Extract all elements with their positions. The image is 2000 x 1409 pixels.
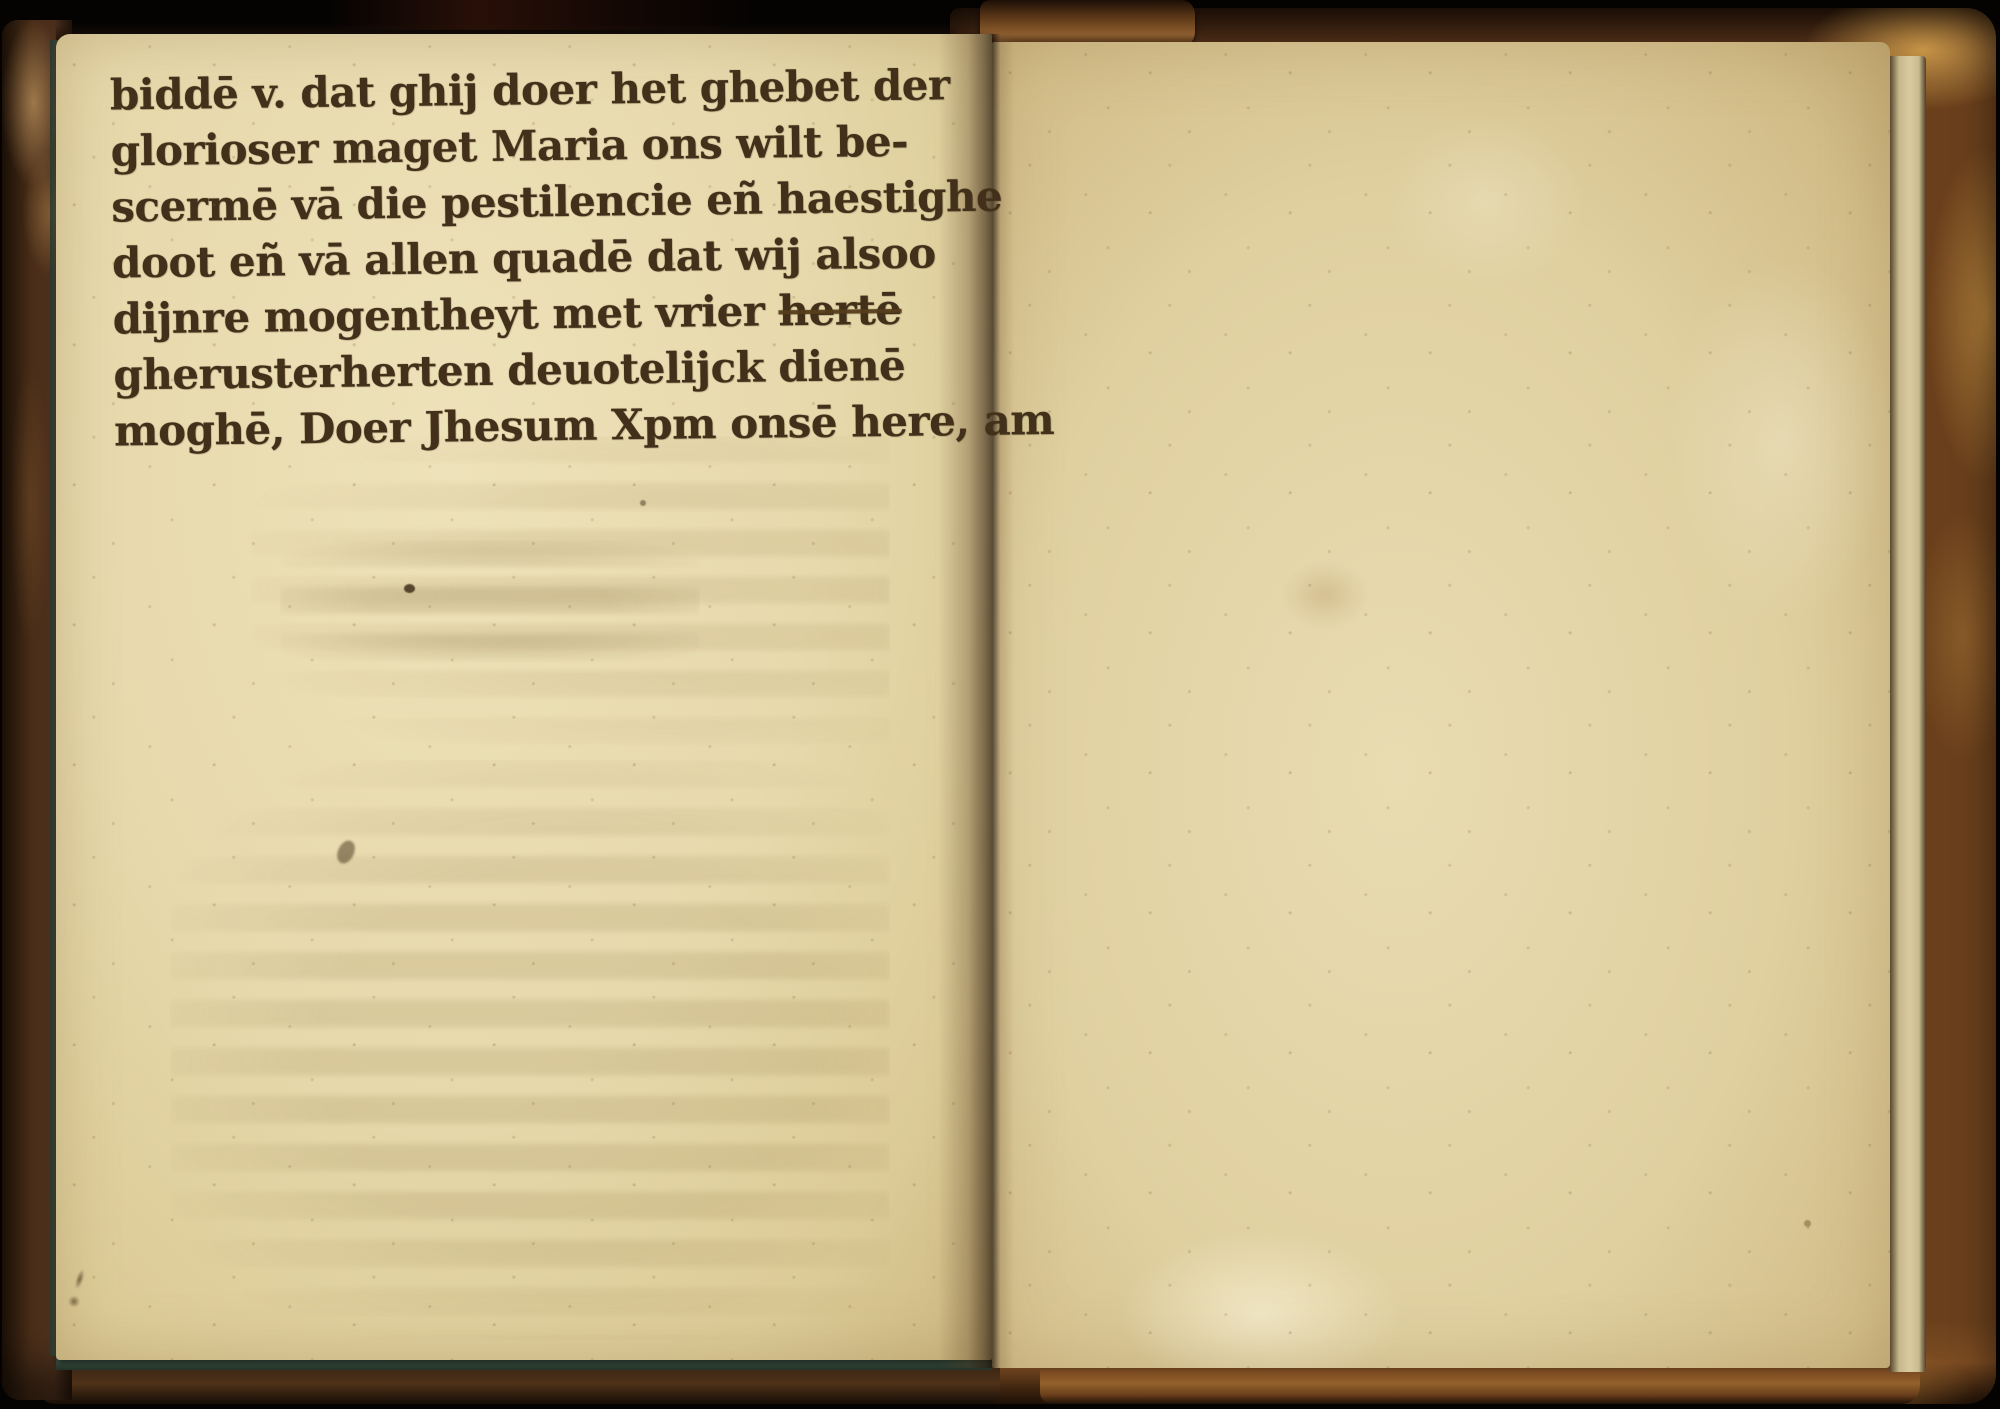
manuscript-line-7: moghē, Doer Jhesum Xpm onsē here, am (114, 392, 1015, 459)
line-text: moghē, Doer Jhesum Xpm onsē here, am (114, 395, 1055, 455)
handwritten-prayer-text: biddē v. dat ghij doer het ghebet der gl… (110, 57, 1015, 460)
right-page-speck (1804, 1220, 1811, 1227)
ink-speck (404, 584, 415, 593)
line-text: gherusterherten deuotelijck dienē (113, 341, 905, 400)
photograph-of-open-manuscript-book: { "manuscript": { "language_note": "Midd… (0, 0, 2000, 1409)
ink-speck (640, 500, 646, 506)
right-page-parchment-blank (992, 42, 1890, 1368)
line-text: doot eñ vā allen quadē dat wij alsoo (112, 228, 936, 287)
showthrough-text-ghost-lower (170, 760, 890, 1340)
line-text: biddē v. dat ghij doer het ghebet der (110, 60, 950, 119)
line-text: glorioser maget Maria ons wilt be- (110, 117, 908, 176)
right-page-stain (1280, 560, 1370, 630)
line-text: scermē vā die pestilencie eñ haestighe (111, 172, 1002, 232)
struck-word-herte: hertē (778, 285, 902, 335)
showthrough-text-ghost-mid (280, 540, 700, 670)
underlying-leaf-edge (1890, 56, 1926, 1372)
line-text: dijnre mogentheyt met vrier (112, 286, 778, 343)
